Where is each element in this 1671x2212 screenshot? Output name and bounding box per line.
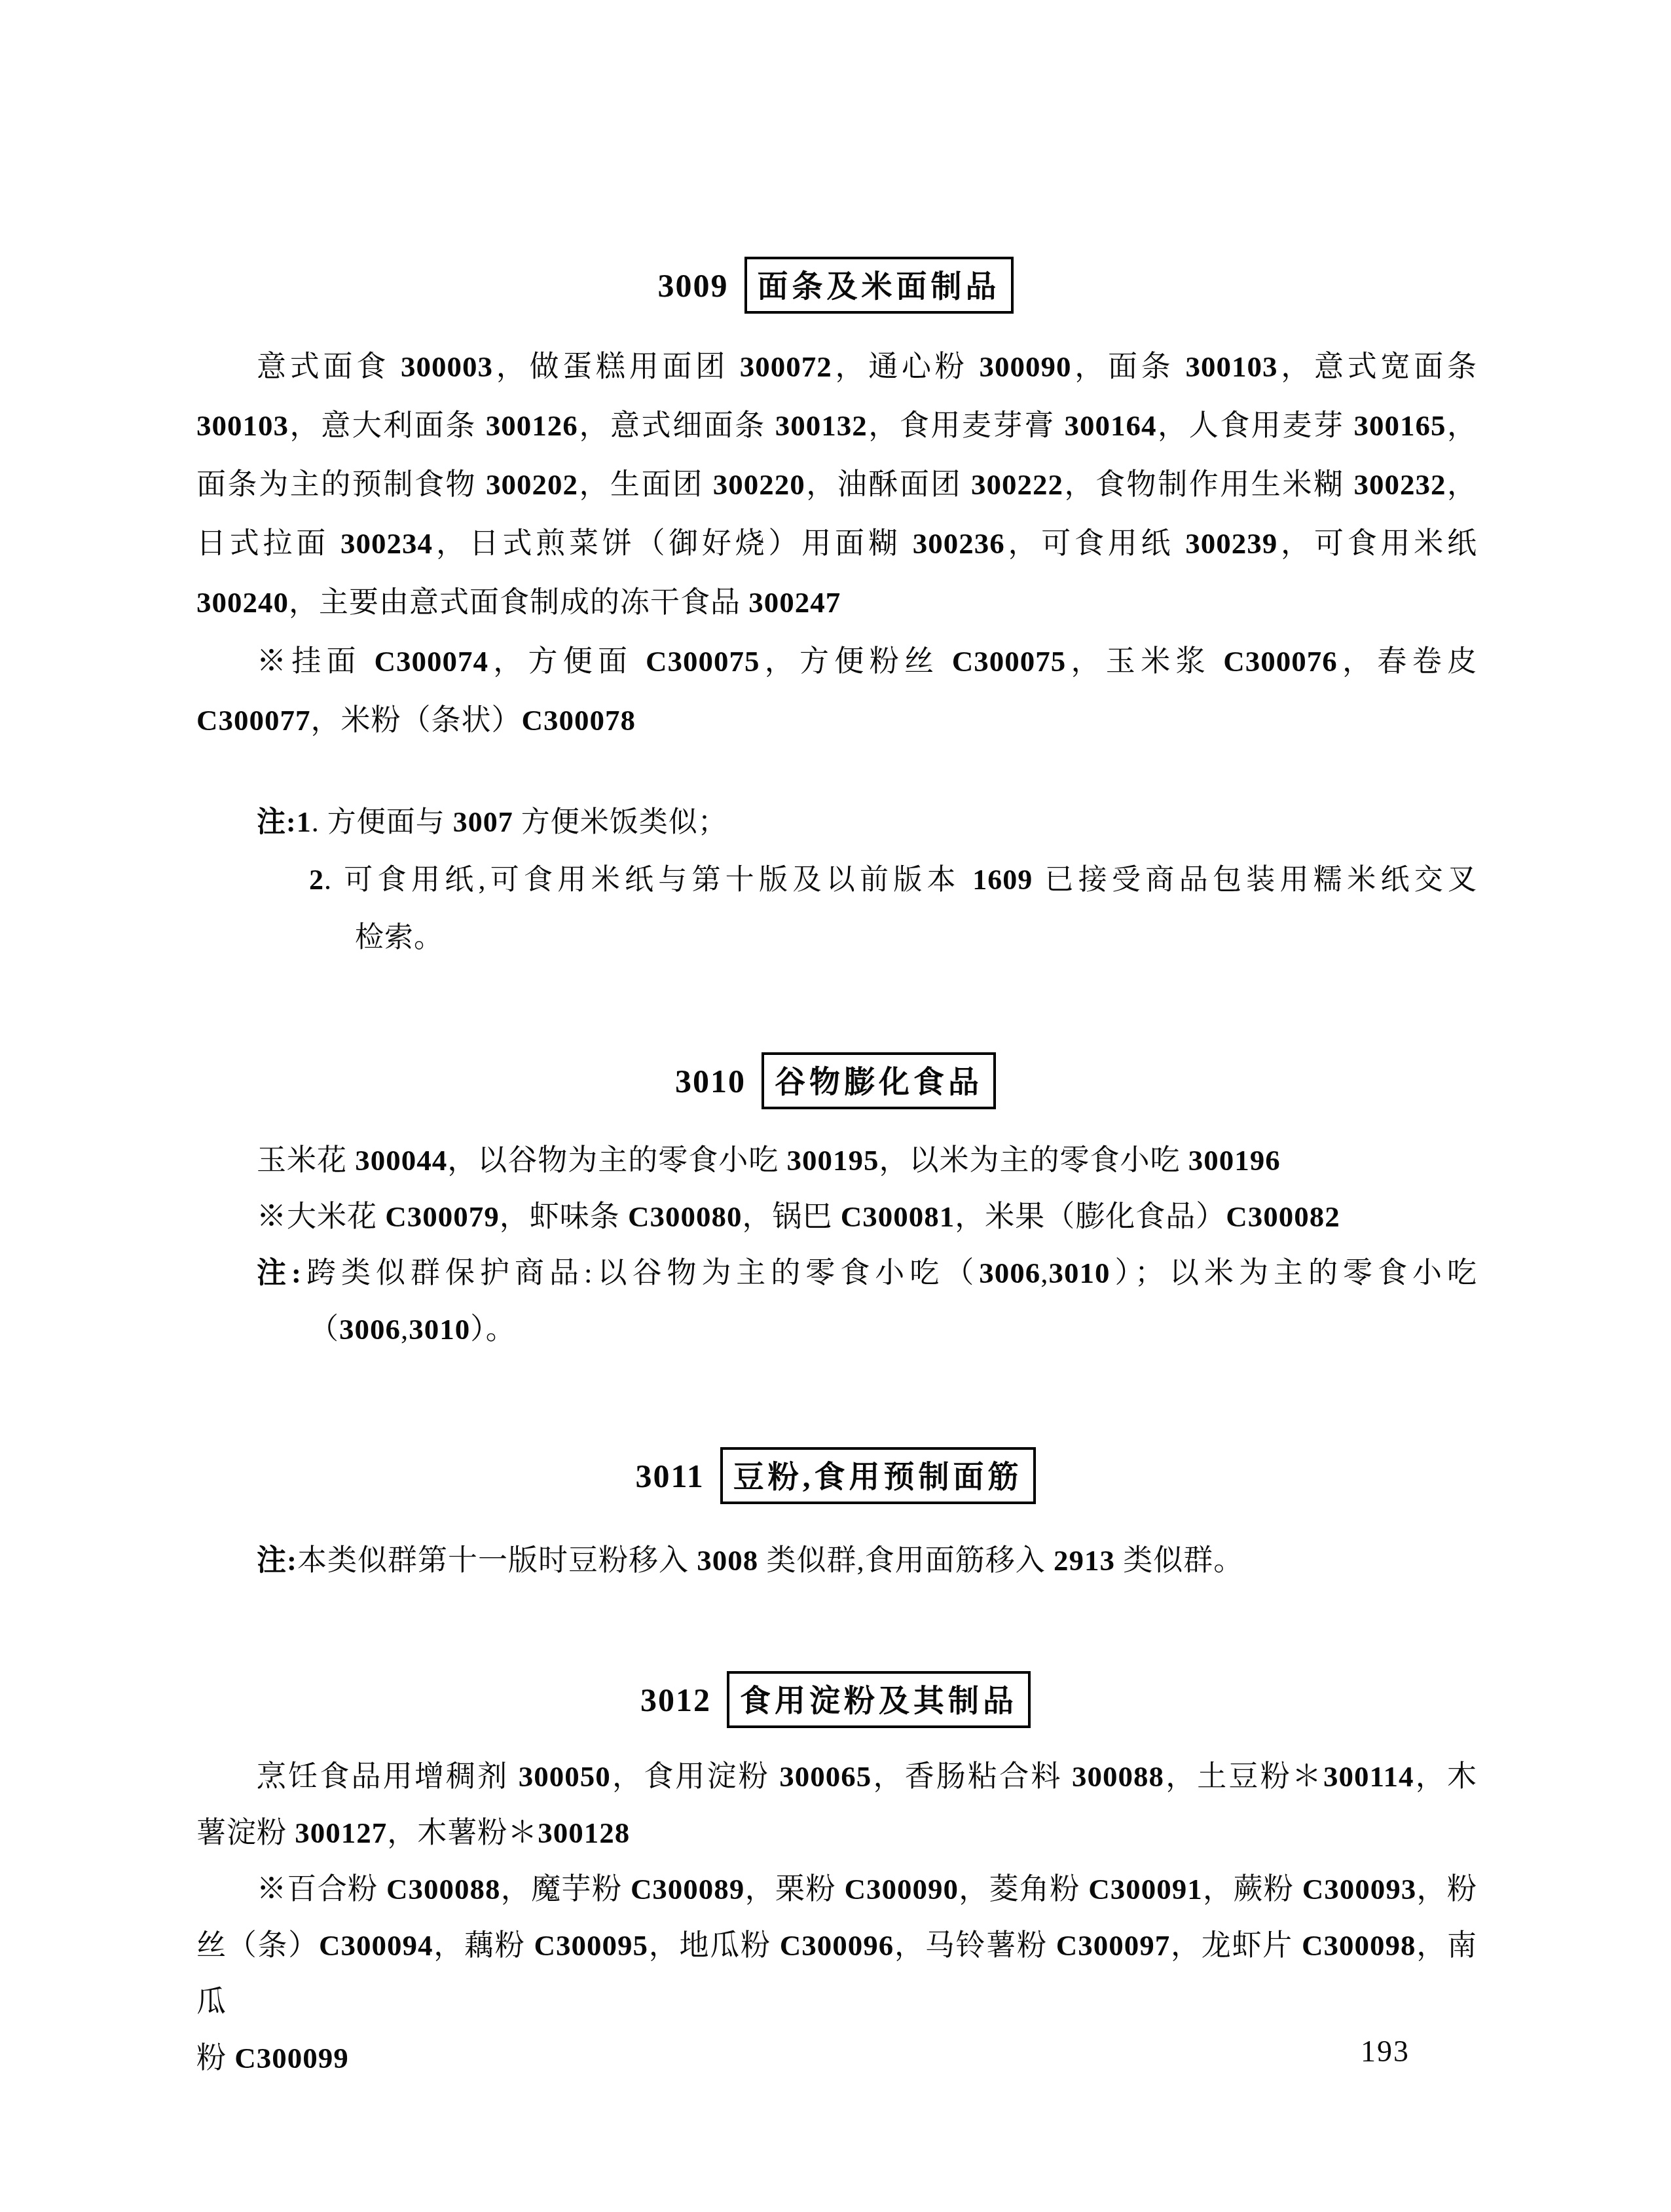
section-3012-title: 3012 食用淀粉及其制品	[0, 1671, 1671, 1728]
section-3009-title-box: 面条及米面制品	[744, 257, 1014, 314]
section-3009-title: 3009 面条及米面制品	[0, 257, 1671, 314]
section-3012-title-box: 食用淀粉及其制品	[727, 1671, 1031, 1728]
text-line: 300240，主要由意式面食制成的冻干食品 300247	[196, 573, 1477, 632]
text-line: 300103，意大利面条 300126，意式细面条 300132，食用麦芽膏 3…	[196, 396, 1477, 455]
text-line: ※挂面 C300074，方便面 C300075，方便粉丝 C300075，玉米浆…	[196, 632, 1477, 691]
text-line: C300077，米粉（条状）C300078	[196, 691, 1477, 750]
section-3012-code: 3012	[640, 1681, 711, 1719]
note-line: 2. 可食用纸,可食用米纸与第十版及以前版本 1609 已接受商品包装用糯米纸交…	[196, 851, 1477, 909]
text-line: 粉 C300099	[196, 2030, 1477, 2086]
text-line: 面条为主的预制食物 300202，生面团 300220，油酥面团 300222，…	[196, 455, 1477, 514]
text-line: 丝（条）C300094，藕粉 C300095，地瓜粉 C300096，马铃薯粉 …	[196, 1917, 1477, 2030]
text-line: 烹饪食品用增稠剂 300050，食用淀粉 300065，香肠粘合料 300088…	[196, 1748, 1477, 1805]
section-3010-body: 玉米花 300044，以谷物为主的零食小吃 300195，以米为主的零食小吃 3…	[196, 1132, 1477, 1357]
section-3010-title-box: 谷物膨化食品	[762, 1052, 996, 1109]
page-number: 193	[1361, 2034, 1410, 2069]
section-3010-code: 3010	[675, 1062, 746, 1100]
note-line: 注:跨类似群保护商品:以谷物为主的零食小吃（3006,3010）；以米为主的零食…	[196, 1245, 1477, 1301]
text-line: ※百合粉 C300088，魔芋粉 C300089，栗粉 C300090，菱角粉 …	[196, 1861, 1477, 1917]
section-3012-body: 烹饪食品用增稠剂 300050，食用淀粉 300065，香肠粘合料 300088…	[196, 1748, 1477, 2086]
section-3011-title-box: 豆粉,食用预制面筋	[720, 1447, 1036, 1504]
section-3009-notes: 注:1. 方便面与 3007 方便米饭类似； 2. 可食用纸,可食用米纸与第十版…	[196, 794, 1477, 967]
text-line: ※大米花 C300079，虾味条 C300080，锅巴 C300081，米果（膨…	[196, 1189, 1477, 1245]
section-3009-code: 3009	[658, 267, 729, 304]
section-3011-code: 3011	[636, 1457, 705, 1495]
section-3009-body: 意式面食 300003，做蛋糕用面团 300072，通心粉 300090，面条 …	[196, 337, 1477, 750]
note-line: 检索。	[196, 909, 1477, 967]
text-line: 玉米花 300044，以谷物为主的零食小吃 300195，以米为主的零食小吃 3…	[196, 1132, 1477, 1189]
text-line: 日式拉面 300234，日式煎菜饼（御好烧）用面糊 300236，可食用纸 30…	[196, 514, 1477, 573]
document-page: 3009 面条及米面制品 意式面食 300003，做蛋糕用面团 300072，通…	[0, 0, 1671, 2212]
note-line: 注:本类似群第十一版时豆粉移入 3008 类似群,食用面筋移入 2913 类似群…	[196, 1532, 1477, 1589]
text-line: 意式面食 300003，做蛋糕用面团 300072，通心粉 300090，面条 …	[196, 337, 1477, 396]
note-line: （3006,3010）。	[196, 1301, 1477, 1357]
section-3011-notes: 注:本类似群第十一版时豆粉移入 3008 类似群,食用面筋移入 2913 类似群…	[196, 1532, 1477, 1589]
section-3011-title: 3011 豆粉,食用预制面筋	[0, 1447, 1671, 1504]
note-line: 注:1. 方便面与 3007 方便米饭类似；	[196, 794, 1477, 851]
section-3010-title: 3010 谷物膨化食品	[0, 1052, 1671, 1109]
text-line: 薯淀粉 300127，木薯粉＊300128	[196, 1805, 1477, 1861]
